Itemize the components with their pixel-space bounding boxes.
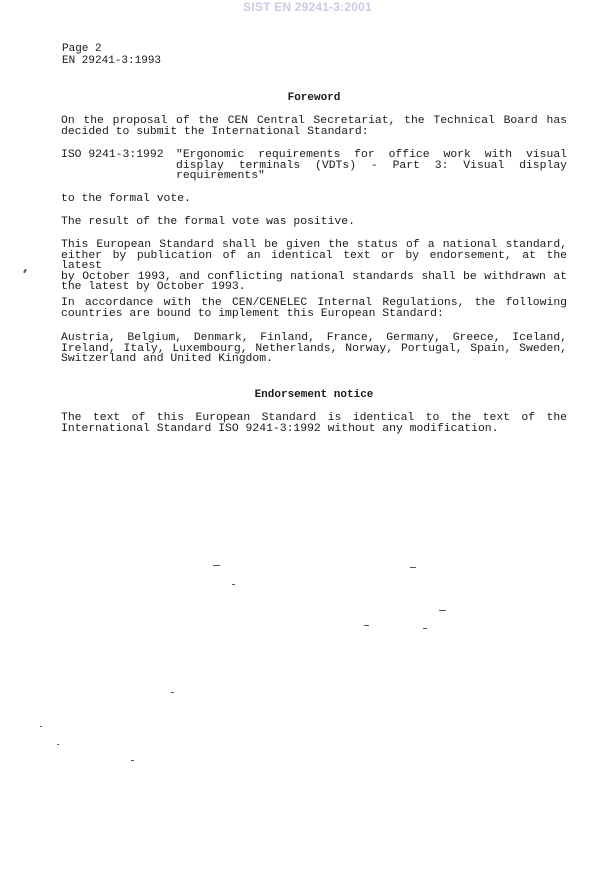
document-number: EN 29241-3:1993	[62, 55, 161, 67]
standard-reference: ISO 9241-3:1992 "Ergonomic requirements …	[61, 150, 567, 182]
endorsement-heading: Endorsement notice	[0, 389, 615, 401]
scan-artifact	[171, 692, 174, 693]
text-line: requirements"	[176, 171, 567, 182]
text-line: In accordance with the CEN/CENELEC Inter…	[61, 298, 567, 309]
page-number: Page 2	[62, 43, 161, 55]
scan-artifact	[423, 628, 427, 629]
formal-vote-text: to the formal vote.	[61, 194, 567, 205]
scan-artifact	[213, 565, 220, 566]
scan-artifact	[40, 726, 42, 727]
text-line: The text of this European Standard is id…	[61, 413, 567, 424]
text-line: either by publication of an identical te…	[61, 251, 567, 272]
text-line: the latest by October 1993.	[61, 282, 567, 293]
scan-artifact	[57, 744, 59, 745]
scan-artifact	[232, 584, 235, 585]
text-line: "Ergonomic requirements for office work …	[176, 150, 567, 161]
scan-artifact	[439, 610, 446, 611]
text-line: International Standard ISO 9241-3:1992 w…	[61, 424, 567, 435]
status-paragraph: This European Standard shall be given th…	[61, 240, 567, 293]
standard-title: "Ergonomic requirements for office work …	[176, 150, 567, 182]
scan-artifact	[364, 625, 369, 626]
text-line: This European Standard shall be given th…	[61, 240, 567, 251]
scan-artifact	[410, 567, 416, 568]
watermark: SIST EN 29241-3:2001	[0, 0, 615, 14]
text-line: countries are bound to implement this Eu…	[61, 309, 567, 320]
vote-result-text: The result of the formal vote was positi…	[61, 217, 567, 228]
text-line: Switzerland and United Kingdom.	[61, 354, 567, 365]
standard-id: ISO 9241-3:1992	[61, 150, 176, 182]
countries-paragraph: Austria, Belgium, Denmark, Finland, Fran…	[61, 333, 567, 365]
endorsement-paragraph: The text of this European Standard is id…	[61, 413, 567, 434]
text-line: On the proposal of the CEN Central Secre…	[61, 116, 567, 127]
scan-artifact	[23, 269, 27, 273]
page-header: Page 2 EN 29241-3:1993	[62, 43, 161, 67]
text-line: decided to submit the International Stan…	[61, 127, 567, 138]
text-line: Austria, Belgium, Denmark, Finland, Fran…	[61, 333, 567, 344]
regulations-paragraph: In accordance with the CEN/CENELEC Inter…	[61, 298, 567, 319]
foreword-intro: On the proposal of the CEN Central Secre…	[61, 116, 567, 137]
scan-artifact	[131, 760, 134, 761]
foreword-heading: Foreword	[0, 92, 615, 104]
